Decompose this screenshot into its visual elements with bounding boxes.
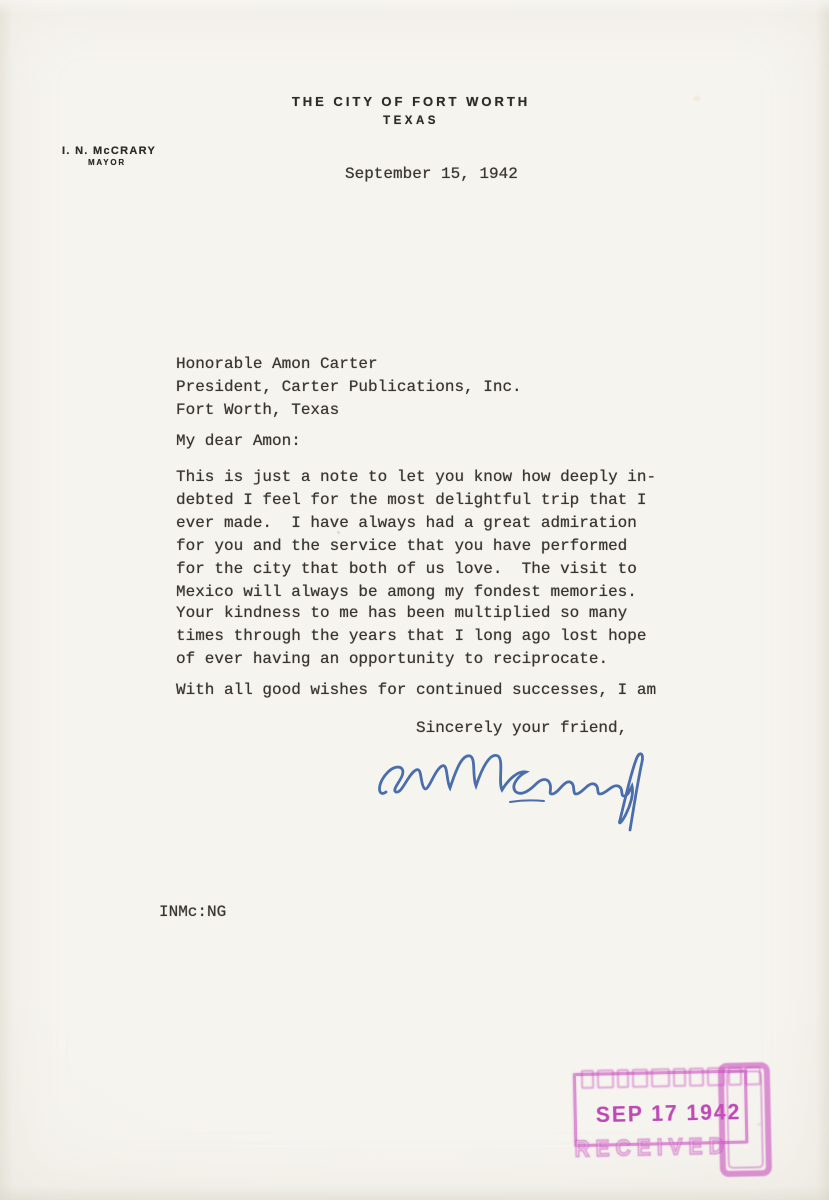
stamp-received-text: RECEIVED xyxy=(574,1134,730,1163)
letter-date: September 15, 1942 xyxy=(345,163,518,186)
body-paragraph-1: This is just a note to let you know how … xyxy=(176,466,656,604)
paper-speck xyxy=(757,1123,761,1126)
typist-initials: INMc:NG xyxy=(159,901,226,924)
letter-page: THE CITY OF FORT WORTH TEXAS I. N. McCRA… xyxy=(0,0,829,1200)
paper-speck xyxy=(694,96,700,101)
paper-speck xyxy=(337,531,340,534)
signature-handwritten xyxy=(372,740,667,840)
official-title: MAYOR xyxy=(62,158,152,167)
letterhead-state: TEXAS xyxy=(0,115,822,127)
received-date-stamp: SEP 17 1942 RECEIVED xyxy=(565,1060,788,1193)
official-block: I. N. McCRARY MAYOR xyxy=(62,145,174,167)
body-paragraph-3: With all good wishes for continued succe… xyxy=(176,679,656,702)
body-paragraph-2: Your kindness to me has been multiplied … xyxy=(176,602,646,671)
official-name: I. N. McCRARY xyxy=(62,145,174,157)
recipient-address: Honorable Amon Carter President, Carter … xyxy=(176,353,522,422)
salutation: My dear Amon: xyxy=(176,430,301,453)
stamp-right-ornament xyxy=(718,1062,772,1177)
valediction: Sincerely your friend, xyxy=(416,717,627,740)
